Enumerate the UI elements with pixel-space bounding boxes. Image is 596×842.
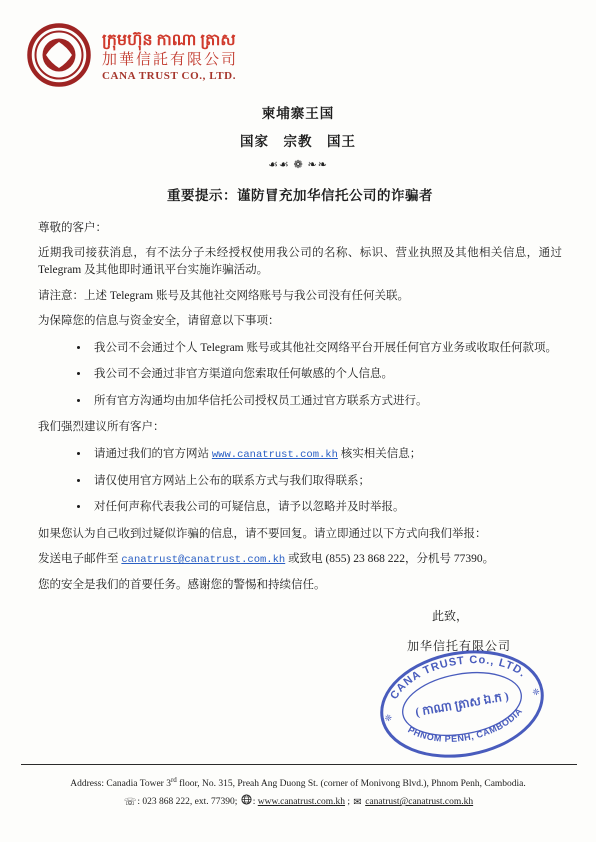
paragraph-thanks: 您的安全是我们的首要任务。感谢您的警惕和持续信任。	[38, 577, 562, 594]
list-item: 请仅使用官方网站上公布的联系方式与我们取得联系；	[90, 473, 562, 490]
report-text-suffix: 或致电 (855) 23 868 222，分机号 77390。	[285, 553, 494, 565]
kingdom-title: 柬埔寨王国	[0, 102, 596, 122]
salutation: 尊敬的客户：	[38, 220, 562, 237]
footer-contact-line: ☏: 023 868 222, ext. 77390; : www.canatr…	[0, 793, 596, 812]
paragraph-safety: 为保障您的信息与资金安全，请留意以下事项：	[38, 313, 562, 330]
envelope-icon: ✉	[353, 794, 361, 812]
stamp-flower-left-icon: ❈	[384, 712, 394, 723]
address-text: Address: Canadia Tower 3	[70, 779, 171, 789]
letter-body: 重要提示：谨防冒充加华信托公司的诈骗者 尊敬的客户： 近期我司接获消息，有不法分…	[38, 186, 562, 603]
globe-icon	[241, 794, 252, 812]
company-stamp-seal: CANA TRUST Co., LTD. PHNOM PENH, CAMBODI…	[368, 634, 557, 774]
paragraph-report-contact: 发送电子邮件至 canatrust@canatrust.com.kh 或致电 (…	[38, 551, 562, 569]
footer-address-line: Address: Canadia Tower 3rd floor, No. 31…	[0, 771, 596, 793]
footer-email-link[interactable]: canatrust@canatrust.com.kh	[365, 797, 473, 807]
stamp-center-khmer-text: ( កាណា ត្រាស ឯ.ក )	[414, 689, 510, 720]
bullet-text-suffix: 核实相关信息；	[338, 448, 421, 460]
list-item: 所有官方沟通均由加华信托公司授权员工通过官方联系方式进行。	[90, 393, 562, 410]
footer-website-link[interactable]: www.canatrust.com.kh	[258, 797, 345, 807]
footer-separator: ;	[345, 797, 352, 807]
address-text-suffix: floor, No. 315, Preah Ang Duong St. (cor…	[177, 779, 526, 789]
recommend-bullet-list: 请通过我们的官方网站 www.canatrust.com.kh 核实相关信息； …	[38, 446, 562, 517]
company-name-english: CANA TRUST CO., LTD.	[102, 70, 238, 84]
letterhead-company-names: ក្រុមហ៊ុន កាណា ត្រាស 加華信託有限公司 CANA TRUST…	[102, 31, 238, 84]
paragraph-report: 如果您认为自己收到过疑似诈骗的信息，请不要回复。请立即通过以下方式向我们举报：	[38, 526, 562, 543]
letter-page: ក្រុមហ៊ុន កាណា ត្រាស 加華信託有限公司 CANA TRUST…	[0, 0, 596, 842]
phone-icon: ☏	[124, 794, 137, 812]
company-name-khmer: ក្រុមហ៊ុន កាណា ត្រាស	[102, 31, 238, 51]
national-header: 柬埔寨王国 国家 宗教 国王 ☙☙ ❁ ❧❧	[0, 102, 596, 171]
bullet-text-prefix: 请通过我们的官方网站	[94, 448, 212, 460]
list-item: 对任何声称代表我公司的可疑信息，请予以忽略并及时举报。	[90, 499, 562, 516]
safety-bullet-list: 我公司不会通过个人 Telegram 账号或其他社交网络平台开展任何官方业务或收…	[38, 340, 562, 410]
list-item: 我公司不会通过非官方渠道向您索取任何敏感的个人信息。	[90, 366, 562, 383]
footer-divider	[21, 764, 577, 765]
stamp-flower-right-icon: ❈	[531, 686, 541, 697]
page-title: 重要提示：谨防冒充加华信托公司的诈骗者	[38, 186, 562, 207]
national-motto: 国家 宗教 国王	[0, 130, 596, 150]
cana-trust-coin-logo-icon	[26, 22, 92, 93]
paragraph-notice: 请注意：上述 Telegram 账号及其他社交网络账号与我公司没有任何关联。	[38, 288, 562, 305]
letterhead: ក្រុមហ៊ុន កាណា ត្រាស 加華信託有限公司 CANA TRUST…	[26, 22, 238, 93]
official-website-link[interactable]: www.canatrust.com.kh	[212, 449, 338, 461]
paragraph-intro: 近期我司接获消息，有不法分子未经授权使用我公司的名称、标识、营业执照及其他相关信…	[38, 245, 562, 280]
list-item: 我公司不会通过个人 Telegram 账号或其他社交网络平台开展任何官方业务或收…	[90, 340, 562, 357]
company-name-chinese: 加華信託有限公司	[102, 51, 238, 70]
report-text-prefix: 发送电子邮件至	[38, 553, 121, 565]
closing-regards: 此致，	[432, 607, 468, 624]
report-email-link[interactable]: canatrust@canatrust.com.kh	[121, 554, 285, 566]
footer: Address: Canadia Tower 3rd floor, No. 31…	[0, 771, 596, 812]
floral-divider-ornament-icon: ☙☙ ❁ ❧❧	[0, 158, 596, 171]
list-item: 请通过我们的官方网站 www.canatrust.com.kh 核实相关信息；	[90, 446, 562, 464]
paragraph-recommend: 我们强烈建议所有客户：	[38, 419, 562, 436]
footer-phone-text: : 023 868 222, ext. 77390;	[137, 797, 239, 807]
